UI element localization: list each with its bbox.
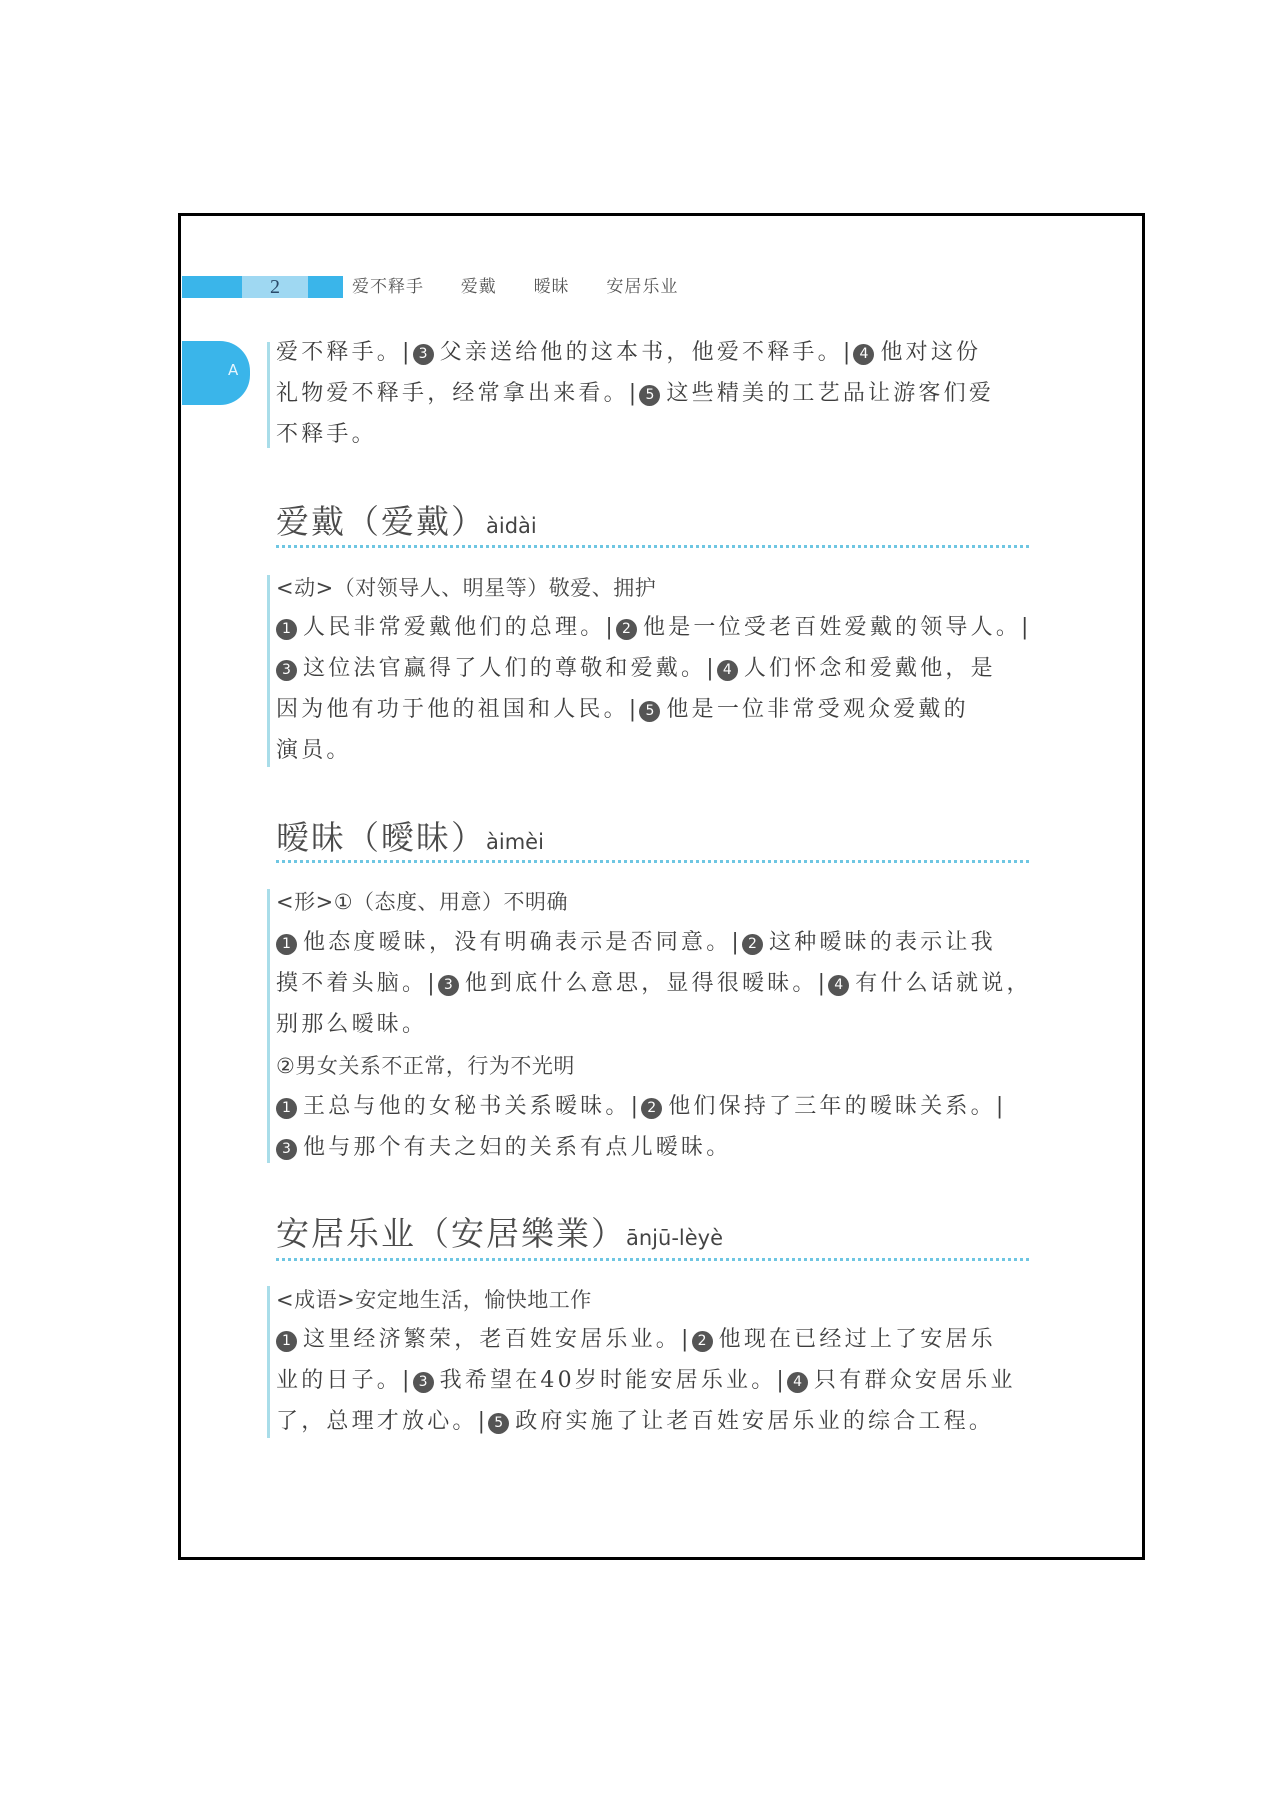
- example-text: 演员。: [276, 738, 352, 763]
- dotted-divider: [276, 545, 1029, 548]
- example-text: 人们怀念和爱戴他，是: [744, 656, 996, 681]
- example-text: 他是一位受老百姓爱戴的领导人。|: [643, 615, 1032, 640]
- example-line: 1人民非常爱戴他们的总理。|2他是一位受老百姓爱戴的领导人。|: [276, 613, 1031, 643]
- example-text: 不释手。: [276, 422, 377, 447]
- example-number-badge: 3: [438, 975, 459, 996]
- example-text: 业的日子。|: [276, 1368, 413, 1393]
- example-number-badge: 3: [276, 660, 297, 681]
- definition: ②男女关系不正常，行为不光明: [276, 1051, 575, 1081]
- pinyin: àimèi: [486, 830, 544, 854]
- example-text: 这里经济繁荣，老百姓安居乐业。|: [303, 1327, 692, 1352]
- headword-text: 暧昧（曖昧）: [276, 818, 486, 857]
- example-line: 不释手。: [276, 420, 1031, 450]
- example-line: 3他与那个有夫之妇的关系有点儿暧昧。: [276, 1133, 1031, 1163]
- example-line: 了，总理才放心。|5政府实施了让老百姓安居乐业的综合工程。: [276, 1407, 1031, 1437]
- example-number-badge: 1: [276, 934, 297, 955]
- example-text: 他是一位非常受观众爱戴的: [666, 697, 968, 722]
- example-text: 人民非常爱戴他们的总理。|: [303, 615, 616, 640]
- example-line: 3这位法官赢得了人们的尊敬和爱戴。|4人们怀念和爱戴他，是: [276, 654, 1031, 684]
- example-text: 这位法官赢得了人们的尊敬和爱戴。|: [303, 656, 717, 681]
- example-number-badge: 5: [639, 701, 660, 722]
- example-text: 只有群众安居乐业: [814, 1368, 1016, 1393]
- running-head: 爱不释手 爱戴 暧昧 安居乐业: [352, 274, 678, 300]
- example-text: 父亲送给他的这本书，他爱不释手。|: [440, 340, 854, 365]
- example-text: 礼物爱不释手，经常拿出来看。|: [276, 381, 639, 406]
- example-text: 这些精美的工艺品让游客们爱: [666, 381, 994, 406]
- entry-headword: 爱戴（爱戴）àidài: [276, 502, 537, 546]
- header-bar-segment: [182, 276, 242, 298]
- example-line: 1他态度暧昧，没有明确表示是否同意。|2这种暧昧的表示让我: [276, 928, 1031, 958]
- example-text: 他现在已经过上了安居乐: [719, 1327, 996, 1352]
- entry-headword: 暧昧（曖昧）àimèi: [276, 818, 544, 862]
- example-line: 爱不释手。|3父亲送给他的这本书，他爱不释手。|4他对这份: [276, 338, 1031, 368]
- example-number-badge: 4: [853, 344, 874, 365]
- definition: <形>①（态度、用意）不明确: [276, 887, 568, 917]
- page-number: 2: [242, 276, 308, 298]
- example-text: 他们保持了三年的暧昧关系。|: [668, 1094, 1006, 1119]
- example-text: 政府实施了让老百姓安居乐业的综合工程。: [515, 1409, 994, 1434]
- example-text: 王总与他的女秘书关系暧昧。|: [303, 1094, 641, 1119]
- example-text: 他与那个有夫之妇的关系有点儿暧昧。: [303, 1135, 731, 1160]
- example-line: 1这里经济繁荣，老百姓安居乐业。|2他现在已经过上了安居乐: [276, 1325, 1031, 1355]
- definition: <成语>安定地生活，愉快地工作: [276, 1285, 592, 1315]
- example-text: 他对这份: [880, 340, 981, 365]
- example-number-badge: 1: [276, 1098, 297, 1119]
- example-number-badge: 2: [616, 619, 637, 640]
- example-line: 因为他有功于他的祖国和人民。|5他是一位非常受观众爱戴的: [276, 695, 1031, 725]
- dotted-divider: [276, 860, 1029, 863]
- example-text: 我希望在40岁时能安居乐业。|: [440, 1368, 787, 1393]
- example-text: 他态度暧昧，没有明确表示是否同意。|: [303, 930, 742, 955]
- example-line: 别那么暧昧。: [276, 1010, 1031, 1040]
- pinyin: ānjū-lèyè: [626, 1226, 723, 1250]
- example-line: 演员。: [276, 736, 1031, 766]
- example-line: 摸不着头脑。|3他到底什么意思，显得很暧昧。|4有什么话就说，: [276, 969, 1031, 999]
- pinyin: àidài: [486, 514, 537, 538]
- headword-text: 爱戴（爱戴）: [276, 502, 486, 541]
- example-line: 1王总与他的女秘书关系暧昧。|2他们保持了三年的暧昧关系。|: [276, 1092, 1031, 1122]
- example-line: 业的日子。|3我希望在40岁时能安居乐业。|4只有群众安居乐业: [276, 1366, 1031, 1396]
- example-text: 摸不着头脑。|: [276, 971, 438, 996]
- example-number-badge: 2: [641, 1098, 662, 1119]
- example-number-badge: 1: [276, 1331, 297, 1352]
- example-rule: [267, 575, 270, 767]
- example-text: 别那么暧昧。: [276, 1012, 427, 1037]
- example-number-badge: 3: [413, 344, 434, 365]
- example-number-badge: 2: [742, 934, 763, 955]
- section-tab-letter: A: [228, 361, 238, 379]
- example-number-badge: 4: [717, 660, 738, 681]
- example-text: 这种暧昧的表示让我: [769, 930, 996, 955]
- example-line: 礼物爱不释手，经常拿出来看。|5这些精美的工艺品让游客们爱: [276, 379, 1031, 409]
- example-text: 因为他有功于他的祖国和人民。|: [276, 697, 639, 722]
- section-tab: A: [182, 341, 250, 405]
- example-rule: [267, 889, 270, 1163]
- example-number-badge: 3: [413, 1372, 434, 1393]
- example-number-badge: 4: [787, 1372, 808, 1393]
- header-bar-segment: [308, 276, 343, 298]
- example-number-badge: 3: [276, 1139, 297, 1160]
- headword-text: 安居乐业（安居樂業）: [276, 1214, 626, 1253]
- example-text: 他到底什么意思，显得很暧昧。|: [465, 971, 828, 996]
- example-text: 了，总理才放心。|: [276, 1409, 488, 1434]
- example-number-badge: 5: [488, 1413, 509, 1434]
- dotted-divider: [276, 1258, 1029, 1261]
- entry-headword: 安居乐业（安居樂業）ānjū-lèyè: [276, 1214, 723, 1258]
- example-text: 爱不释手。|: [276, 340, 413, 365]
- definition: <动>（对领导人、明星等）敬爱、拥护: [276, 573, 656, 603]
- example-number-badge: 1: [276, 619, 297, 640]
- example-number-badge: 2: [692, 1331, 713, 1352]
- example-rule: [267, 342, 270, 448]
- example-number-badge: 4: [828, 975, 849, 996]
- example-number-badge: 5: [639, 385, 660, 406]
- example-text: 有什么话就说，: [855, 971, 1031, 996]
- example-rule: [267, 1286, 270, 1438]
